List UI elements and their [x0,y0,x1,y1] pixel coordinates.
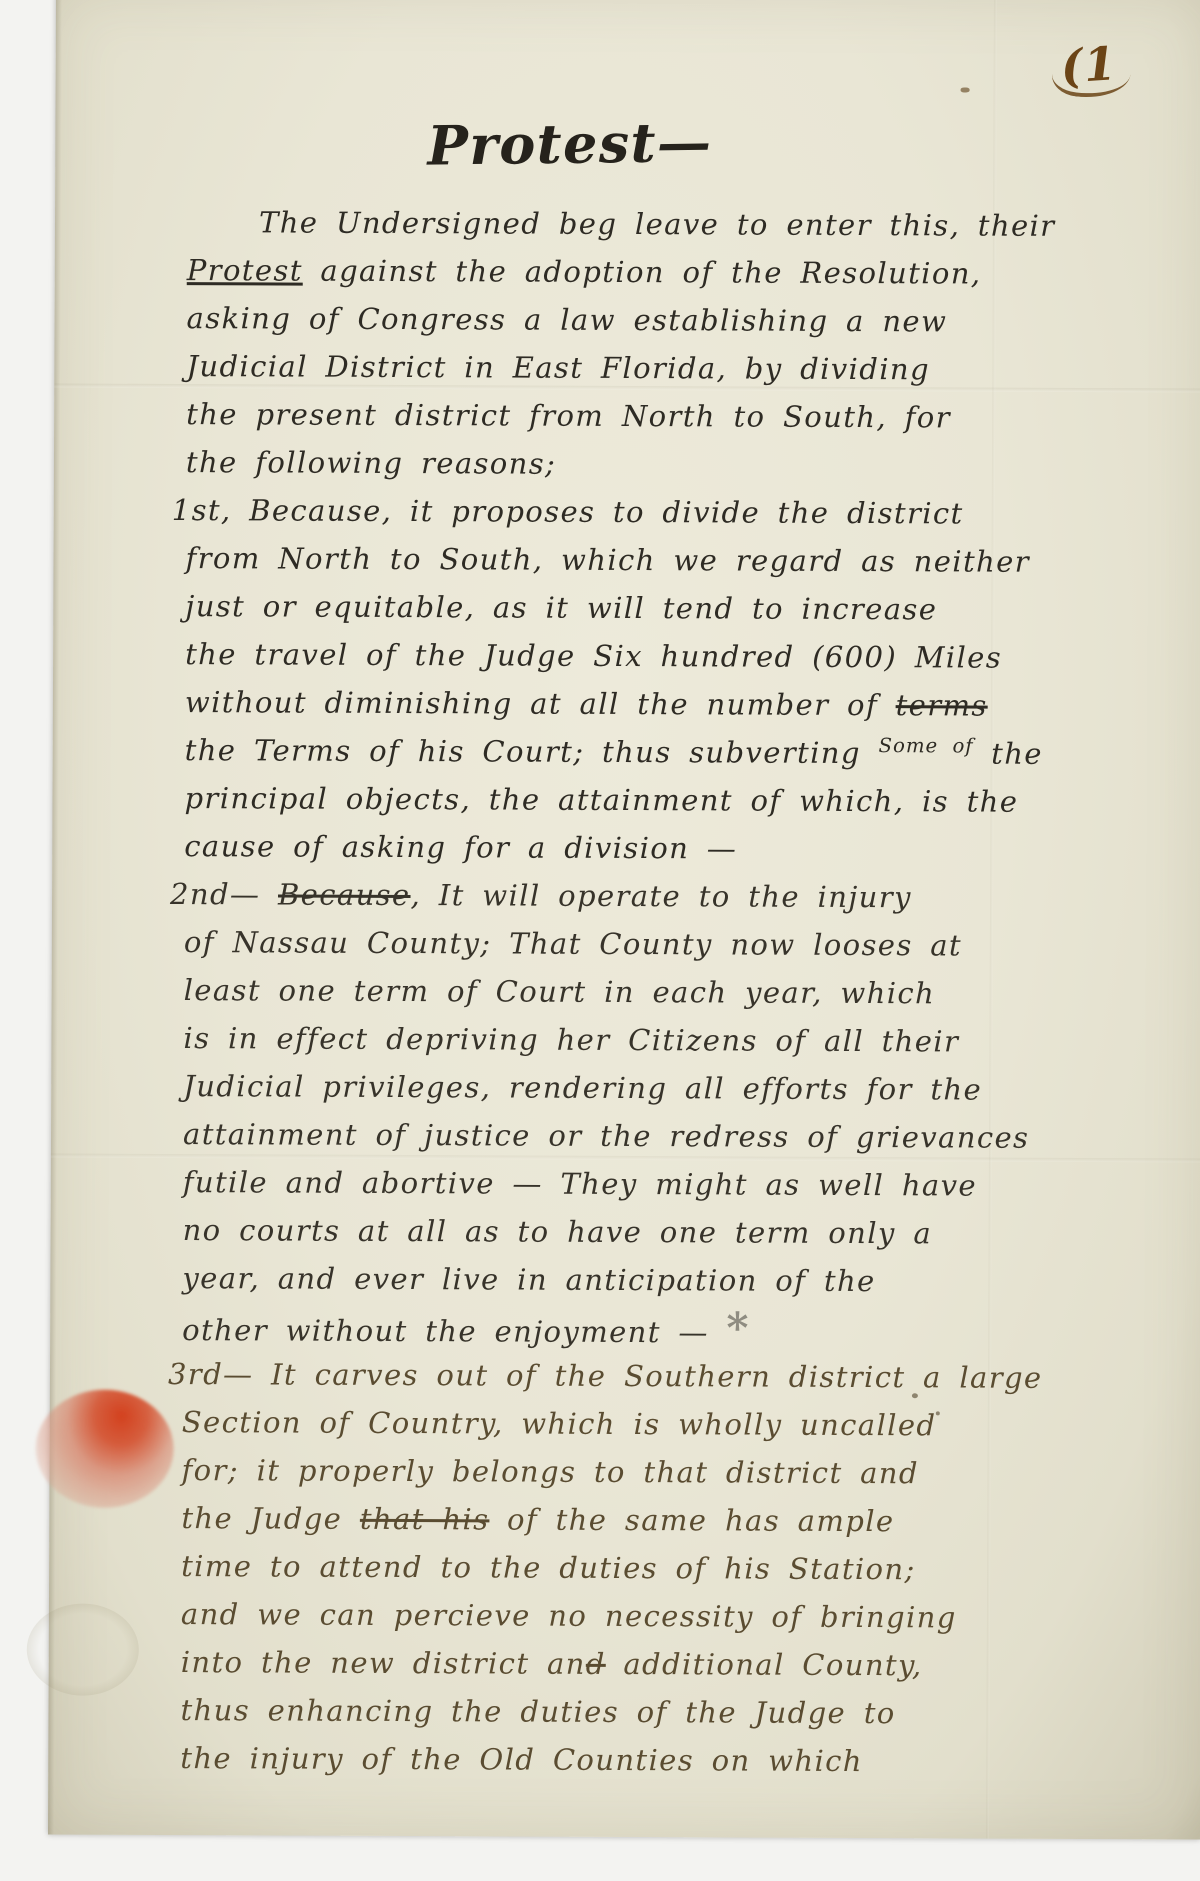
manuscript-line: futile and abortive — They might as well… [183,1158,1177,1210]
manuscript-segment-strike: terms [896,688,988,722]
manuscript-line: 1st, Because, it proposes to divide the … [172,486,1180,538]
manuscript-segment: into the new district an [181,1645,586,1681]
manuscript-segment: time to attend to the duties of his Stat… [181,1549,916,1586]
manuscript-segment: is in effect depriving her Citizens of a… [183,1021,959,1058]
manuscript-segment: Section of Country, which is wholly unca… [182,1405,937,1442]
manuscript-segment: the present district from North to South… [186,397,951,434]
manuscript-line: the Terms of his Court; thus subverting … [185,726,1179,778]
faint-ring-stain [27,1603,139,1695]
manuscript-line: thus enhancing the duties of the Judge t… [180,1686,1174,1738]
manuscript-segment: Judicial District in East Florida, by di… [186,349,930,386]
paper-left-edge-shadow [48,0,62,1835]
manuscript-line: attainment of justice or the redress of … [183,1110,1177,1162]
manuscript-segment: the [974,737,1043,771]
manuscript-line: cause of asking for a division — [184,822,1178,874]
manuscript-line: and we can percieve no necessity of brin… [181,1590,1175,1642]
manuscript-segment: and we can percieve no necessity of brin… [181,1597,957,1634]
manuscript-segment: the Terms of his Court; thus subverting [185,733,879,770]
manuscript-line: without diminishing at all the number of… [185,678,1179,730]
manuscript-line: is in effect depriving her Citizens of a… [183,1014,1177,1066]
manuscript-segment: cause of asking for a division — [184,829,737,865]
manuscript-line: asking of Congress a law establishing a … [186,294,1180,346]
manuscript-line: 3rd— It carves out of the Southern distr… [168,1350,1176,1402]
manuscript-line: least one term of Court in each year, wh… [184,966,1178,1018]
manuscript-segment: without diminishing at all the number of [185,685,896,722]
manuscript-line: The Undersigned beg leave to enter this,… [187,198,1181,250]
manuscript-segment: for; it properly belongs to that distric… [182,1453,919,1490]
manuscript-line: no courts at all as to have one term onl… [183,1206,1177,1258]
manuscript-segment-insert: Some of [878,734,973,757]
manuscript-segment: principal objects, the attainment of whi… [184,781,1018,819]
manuscript-segment: year, and ever live in anticipation of t… [182,1261,875,1298]
red-wax-seal-stain [35,1389,174,1508]
ink-speck [961,87,970,92]
manuscript-segment: from North to South, which we regard as … [185,541,1030,579]
manuscript-line: Judicial privileges, rendering all effor… [183,1062,1177,1114]
manuscript-segment: the following reasons; [186,445,556,481]
manuscript-segment: least one term of Court in each year, wh… [184,973,936,1010]
manuscript-segment-pencil: * [726,1303,750,1352]
manuscript-segment: no courts at all as to have one term onl… [183,1213,933,1250]
manuscript-segment-strike: Because [278,877,411,912]
manuscript-segment: 2nd— [170,877,278,911]
manuscript-segment: other without the enjoyment — [182,1313,726,1349]
manuscript-line: 2nd— Because, It will operate to the inj… [170,870,1178,922]
manuscript-segment: just or equitable, as it will tend to in… [185,589,937,626]
manuscript-line: from North to South, which we regard as … [185,534,1179,586]
manuscript-line: of Nassau County; That County now looses… [184,918,1178,970]
manuscript-segment: the travel of the Judge Six hundred (600… [185,637,1002,675]
manuscript-segment-strike: that his [360,1502,490,1537]
manuscript-line: year, and ever live in anticipation of t… [182,1254,1176,1306]
manuscript-line: Judicial District in East Florida, by di… [186,342,1180,394]
manuscript-line: the injury of the Old Counties on which [180,1734,1174,1786]
manuscript-segment: attainment of justice or the redress of … [183,1117,1029,1155]
document-title: Protest— [427,110,713,178]
manuscript-segment: asking of Congress a law establishing a … [187,301,948,338]
manuscript-segment: of the same has ample [489,1502,894,1538]
manuscript-segment: 1st, Because, it proposes to divide the … [172,493,964,530]
manuscript-line: time to attend to the duties of his Stat… [181,1542,1175,1594]
manuscript-line: Protest against the adoption of the Reso… [187,246,1181,298]
manuscript-segment: , It will operate to the injury [410,878,911,914]
manuscript-segment: of Nassau County; That County now looses… [184,925,962,962]
manuscript-line: the following reasons; [186,438,1180,490]
manuscript-line: the Judge that his of the same has ample [181,1494,1175,1546]
page-number-flourish [1050,60,1131,102]
manuscript-segment-underline: Protest [187,253,303,288]
manuscript-line: just or equitable, as it will tend to in… [185,582,1179,634]
manuscript-segment: against the adoption of the Resolution, [303,254,982,291]
manuscript-segment: futile and abortive — They might as well… [183,1165,977,1202]
manuscript-line: into the new district and additional Cou… [181,1638,1175,1690]
manuscript-segment: the Judge [181,1501,360,1536]
photograph-background: { "page": { "page_mark": "(1", "title": … [0,0,1200,1881]
manuscript-paper: (1 Protest— The Undersigned beg leave to… [48,0,1200,1840]
manuscript-line: for; it properly belongs to that distric… [181,1446,1175,1498]
manuscript-segment: additional County, [606,1647,923,1682]
manuscript-line: Section of Country, which is wholly unca… [182,1398,1176,1450]
manuscript-line: the present district from North to South… [186,390,1180,442]
manuscript-segment: Judicial privileges, rendering all effor… [183,1069,982,1106]
manuscript-line: other without the enjoyment — * [182,1302,1176,1354]
manuscript-segment-strike: d [586,1647,606,1681]
manuscript-line: principal objects, the attainment of whi… [184,774,1178,826]
manuscript-segment: The Undersigned beg leave to enter this,… [259,205,1056,242]
manuscript-segment: 3rd— It carves out of the Southern distr… [168,1357,1043,1395]
manuscript-segment: the injury of the Old Counties on which [180,1741,863,1778]
manuscript-segment: thus enhancing the duties of the Judge t… [180,1693,895,1730]
manuscript-lines: The Undersigned beg leave to enter this,… [180,198,1181,1786]
manuscript-line: the travel of the Judge Six hundred (600… [185,630,1179,682]
